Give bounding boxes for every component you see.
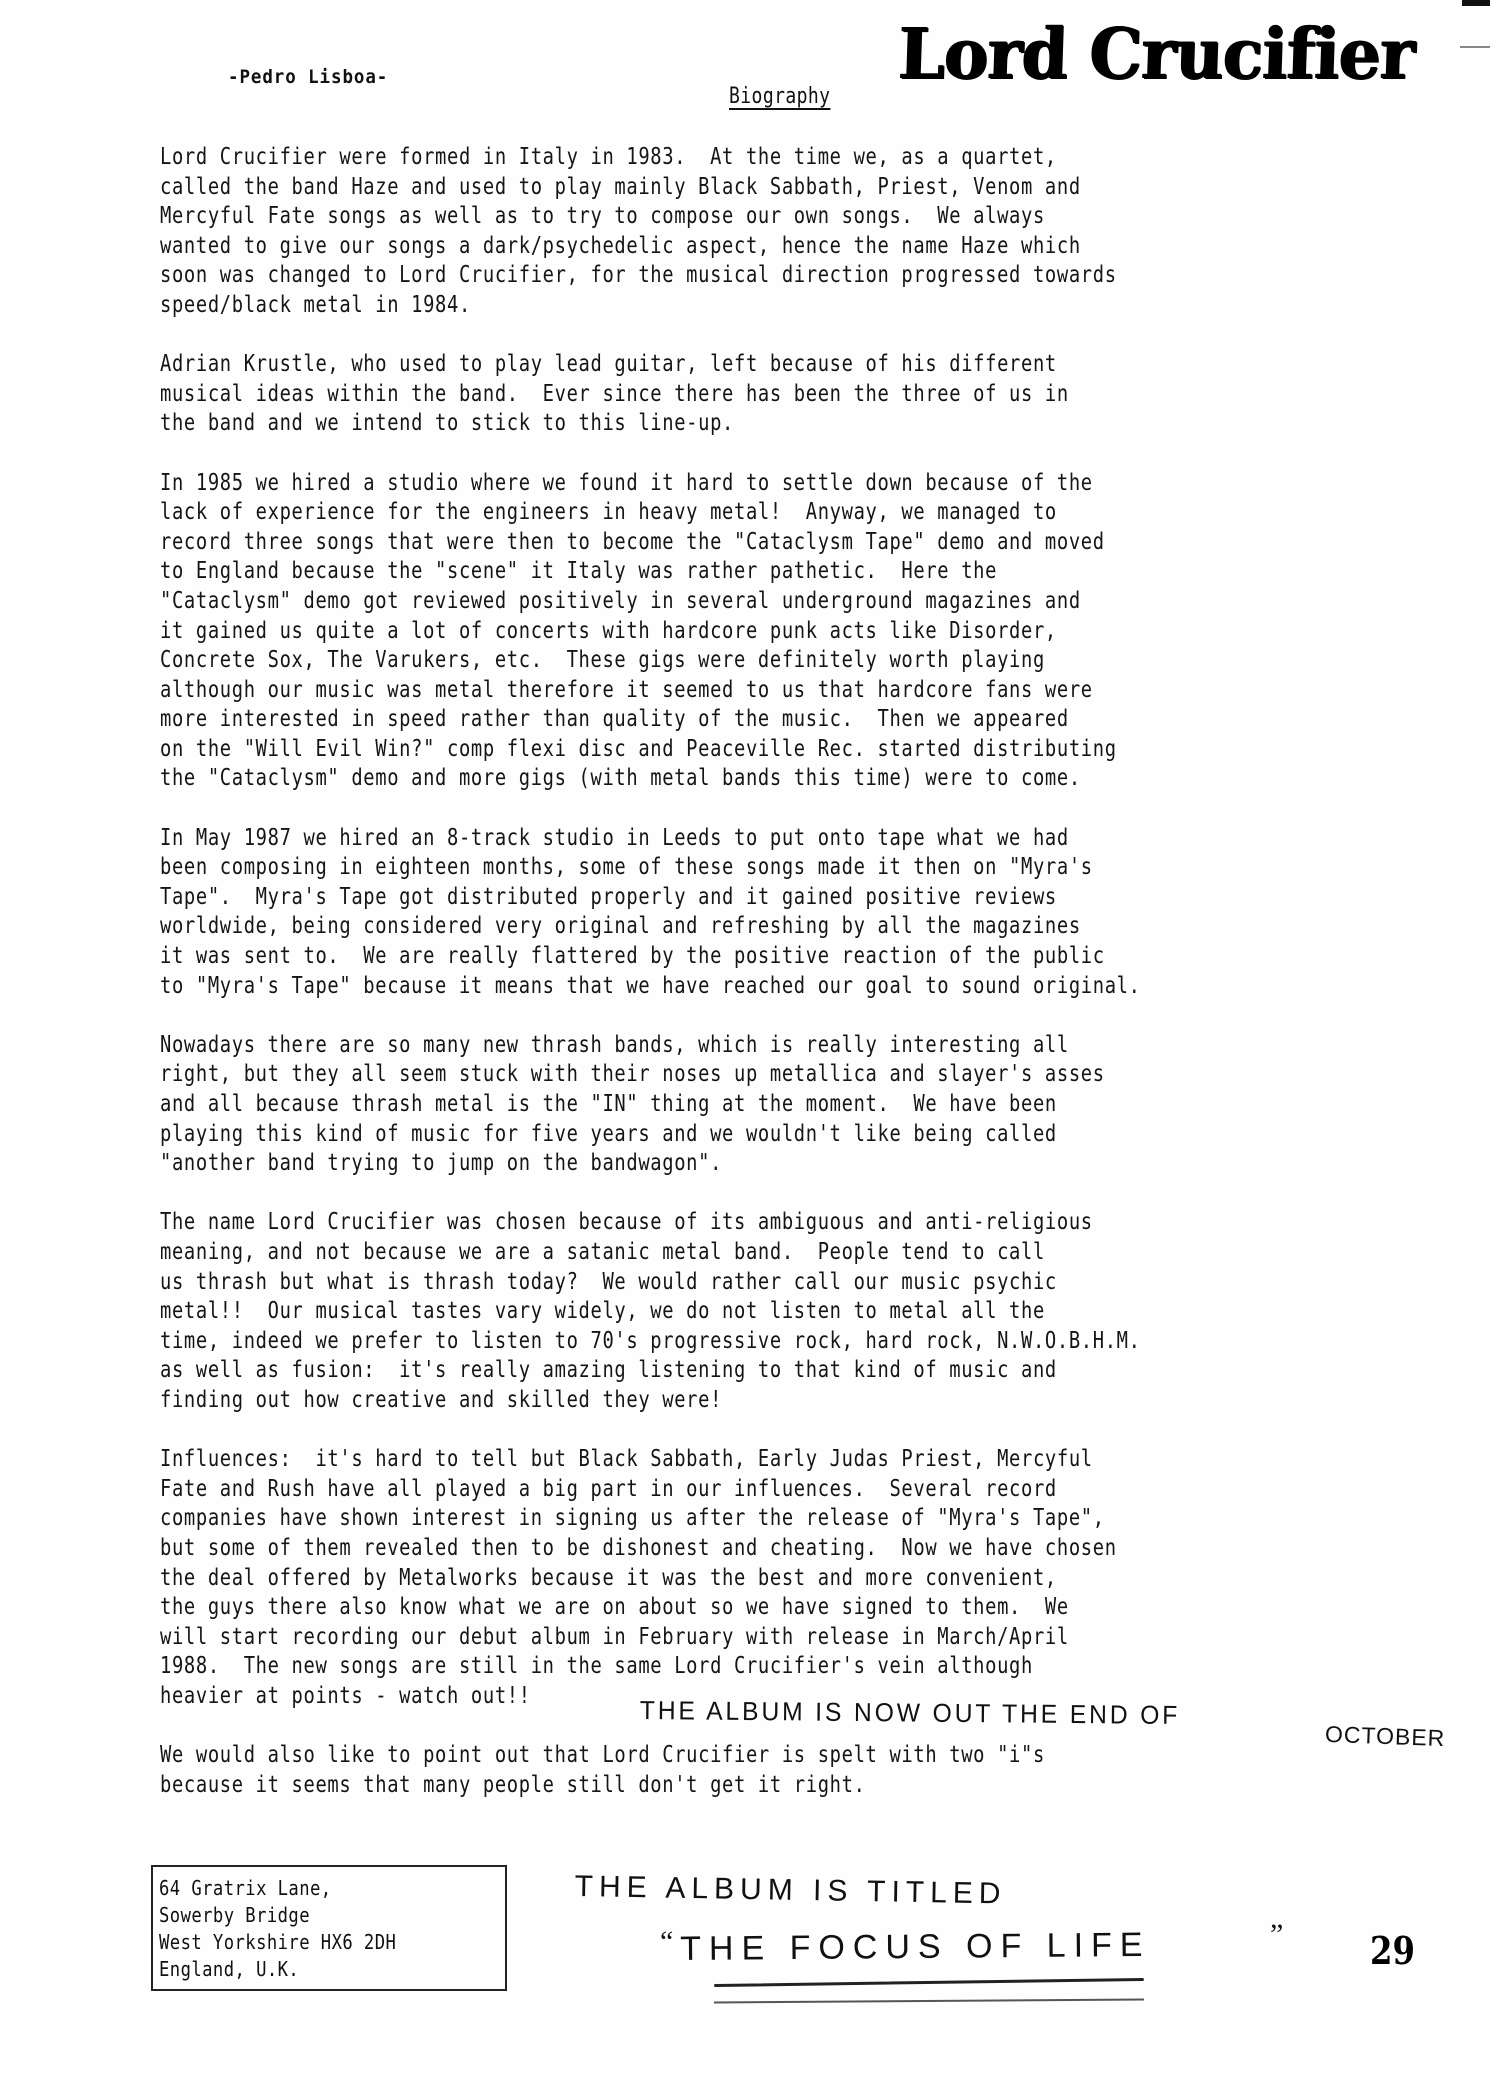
- text-line: Lord Crucifier were formed in Italy in 1…: [160, 142, 1200, 172]
- text-line: the deal offered by Metalworks because i…: [160, 1563, 1200, 1593]
- text-line: worldwide, being considered very origina…: [160, 911, 1200, 941]
- biography-paragraph: Influences: it's hard to tell but Black …: [160, 1444, 1200, 1710]
- text-line: the band and we intend to stick to this …: [160, 408, 1200, 438]
- text-line: metal!! Our musical tastes vary widely, …: [160, 1296, 1200, 1326]
- text-line: wanted to give our songs a dark/psychede…: [160, 231, 1200, 261]
- text-line: and all because thrash metal is the "IN"…: [160, 1089, 1200, 1119]
- biography-paragraph: In May 1987 we hired an 8-track studio i…: [160, 823, 1200, 1001]
- text-line: The name Lord Crucifier was chosen becau…: [160, 1207, 1200, 1237]
- biography-body: Lord Crucifier were formed in Italy in 1…: [160, 142, 1200, 1829]
- text-line: to "Myra's Tape" because it means that w…: [160, 971, 1200, 1001]
- biography-paragraph: We would also like to point out that Lor…: [160, 1740, 1200, 1799]
- text-line: Fate and Rush have all played a big part…: [160, 1474, 1200, 1504]
- text-line: but some of them revealed then to be dis…: [160, 1533, 1200, 1563]
- text-line: playing this kind of music for five year…: [160, 1119, 1200, 1149]
- biography-paragraph: Adrian Krustle, who used to play lead gu…: [160, 349, 1200, 438]
- text-line: Tape". Myra's Tape got distributed prope…: [160, 882, 1200, 912]
- text-line: been composing in eighteen months, some …: [160, 852, 1200, 882]
- handwritten-open-quote: “: [660, 1925, 673, 1959]
- text-line: soon was changed to Lord Crucifier, for …: [160, 260, 1200, 290]
- handwritten-release-note: THE ALBUM IS NOW OUT THE END OF: [640, 1695, 1181, 1731]
- text-line: "another band trying to jump on the band…: [160, 1148, 1200, 1178]
- scan-edge-mark: [1462, 0, 1490, 6]
- text-line: right, but they all seem stuck with thei…: [160, 1059, 1200, 1089]
- text-line: musical ideas within the band. Ever sinc…: [160, 379, 1200, 409]
- contact-address-box: 64 Gratrix Lane,Sowerby BridgeWest Yorks…: [151, 1865, 507, 1991]
- text-line: called the band Haze and used to play ma…: [160, 172, 1200, 202]
- text-line: more interested in speed rather than qua…: [160, 704, 1200, 734]
- text-line: "Cataclysm" demo got reviewed positively…: [160, 586, 1200, 616]
- text-line: finding out how creative and skilled the…: [160, 1385, 1200, 1415]
- text-line: Adrian Krustle, who used to play lead gu…: [160, 349, 1200, 379]
- author-credit: -Pedro Lisboa-: [228, 66, 388, 88]
- album-title-underline-second: [714, 1998, 1144, 2003]
- album-title-underline: [714, 1978, 1144, 1987]
- text-line: Concrete Sox, The Varukers, etc. These g…: [160, 645, 1200, 675]
- text-line: In May 1987 we hired an 8-track studio i…: [160, 823, 1200, 853]
- text-line: meaning, and not because we are a satani…: [160, 1237, 1200, 1267]
- text-line: We would also like to point out that Lor…: [160, 1740, 1200, 1770]
- address-line: West Yorkshire HX6 2DH: [159, 1929, 457, 1956]
- text-line: it was sent to. We are really flattered …: [160, 941, 1200, 971]
- text-line: record three songs that were then to bec…: [160, 527, 1200, 557]
- address-line: Sowerby Bridge: [159, 1902, 457, 1929]
- text-line: on the "Will Evil Win?" comp flexi disc …: [160, 734, 1200, 764]
- band-logo: Lord Crucifier: [897, 12, 1416, 95]
- biography-paragraph: The name Lord Crucifier was chosen becau…: [160, 1207, 1200, 1414]
- text-line: Mercyful Fate songs as well as to try to…: [160, 201, 1200, 231]
- text-line: 1988. The new songs are still in the sam…: [160, 1651, 1200, 1681]
- text-line: Influences: it's hard to tell but Black …: [160, 1444, 1200, 1474]
- text-line: the "Cataclysm" demo and more gigs (with…: [160, 763, 1200, 793]
- biography-paragraph: Lord Crucifier were formed in Italy in 1…: [160, 142, 1200, 320]
- address-line: 64 Gratrix Lane,: [159, 1875, 457, 1902]
- handwritten-close-quote: ”: [1270, 1918, 1283, 1952]
- text-line: because it seems that many people still …: [160, 1770, 1200, 1800]
- text-line: In 1985 we hired a studio where we found…: [160, 468, 1200, 498]
- text-line: as well as fusion: it's really amazing l…: [160, 1355, 1200, 1385]
- text-line: will start recording our debut album in …: [160, 1622, 1200, 1652]
- handwritten-album-title: THE FOCUS OF LIFE: [680, 1926, 1151, 1969]
- zine-page: -Pedro Lisboa- Biography Lord Crucifier …: [0, 0, 1490, 2100]
- section-heading: Biography: [729, 84, 830, 109]
- text-line: companies have shown interest in signing…: [160, 1503, 1200, 1533]
- scan-edge-line: [1460, 46, 1490, 48]
- text-line: although our music was metal therefore i…: [160, 675, 1200, 705]
- text-line: to England because the "scene" it Italy …: [160, 556, 1200, 586]
- address-line: England, U.K.: [159, 1956, 457, 1983]
- text-line: the guys there also know what we are on …: [160, 1592, 1200, 1622]
- text-line: speed/black metal in 1984.: [160, 290, 1200, 320]
- text-line: lack of experience for the engineers in …: [160, 497, 1200, 527]
- biography-paragraph: Nowadays there are so many new thrash ba…: [160, 1030, 1200, 1178]
- text-line: us thrash but what is thrash today? We w…: [160, 1267, 1200, 1297]
- text-line: Nowadays there are so many new thrash ba…: [160, 1030, 1200, 1060]
- biography-paragraph: In 1985 we hired a studio where we found…: [160, 468, 1200, 794]
- text-line: time, indeed we prefer to listen to 70's…: [160, 1326, 1200, 1356]
- page-number: 29: [1370, 1928, 1415, 1973]
- handwritten-album-intro: THE ALBUM IS TITLED: [574, 1870, 1006, 1912]
- text-line: it gained us quite a lot of concerts wit…: [160, 616, 1200, 646]
- handwritten-release-month: OCTOBER: [1325, 1721, 1446, 1752]
